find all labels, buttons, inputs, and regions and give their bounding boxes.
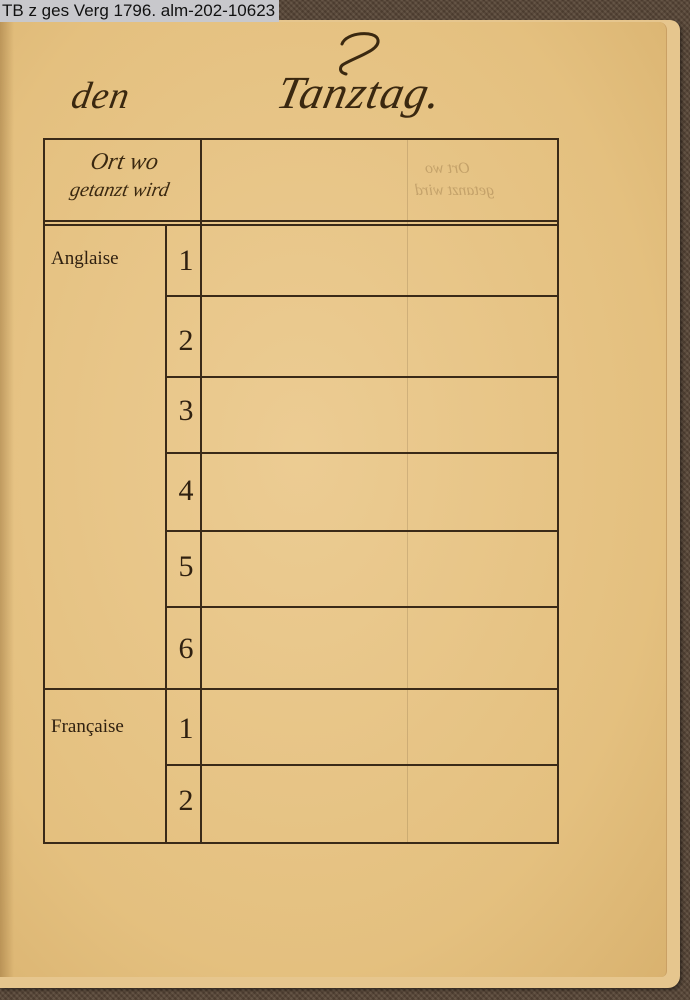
- heading-tanztag: Tanztag.: [272, 66, 447, 119]
- row-number: 4: [169, 474, 203, 508]
- row-number: 2: [169, 784, 203, 818]
- row-number: 5: [169, 550, 203, 584]
- bleedthrough-text-1: Ort wo: [425, 160, 470, 178]
- row-divider: [165, 376, 559, 378]
- spine-shadow: [0, 22, 14, 977]
- row-divider: [165, 295, 559, 297]
- column-header-ort: Ort wo getanzt wird: [42, 148, 202, 204]
- heading-den: den: [68, 74, 134, 118]
- category-francaise: Française: [51, 716, 124, 738]
- image-caption: TB z ges Verg 1796. alm-202-10623: [0, 0, 279, 22]
- row-number: 6: [169, 632, 203, 666]
- header-divider-top: [45, 220, 557, 222]
- header-divider-bottom: [45, 224, 557, 226]
- divider-number-column: [165, 224, 167, 842]
- row-divider: [165, 764, 559, 766]
- column-header-line1: Ort wo: [47, 148, 202, 176]
- dance-card-table: Ort wo getanzt wird Ort wo getanzt wird …: [43, 138, 559, 844]
- column-header-line2: getanzt wird: [42, 176, 197, 204]
- row-divider: [165, 606, 559, 608]
- faint-bleed-line: [407, 140, 408, 842]
- table-header-row: Ort wo getanzt wird Ort wo getanzt wird: [45, 140, 557, 222]
- bleedthrough-text-2: getanzt wird: [415, 182, 494, 200]
- row-number: 1: [169, 712, 203, 746]
- row-number: 1: [169, 244, 203, 278]
- row-divider: [165, 530, 559, 532]
- row-divider: [165, 452, 559, 454]
- row-number: 2: [169, 324, 203, 358]
- row-number: 3: [169, 394, 203, 428]
- category-anglaise: Anglaise: [51, 248, 119, 270]
- category-divider: [45, 688, 557, 690]
